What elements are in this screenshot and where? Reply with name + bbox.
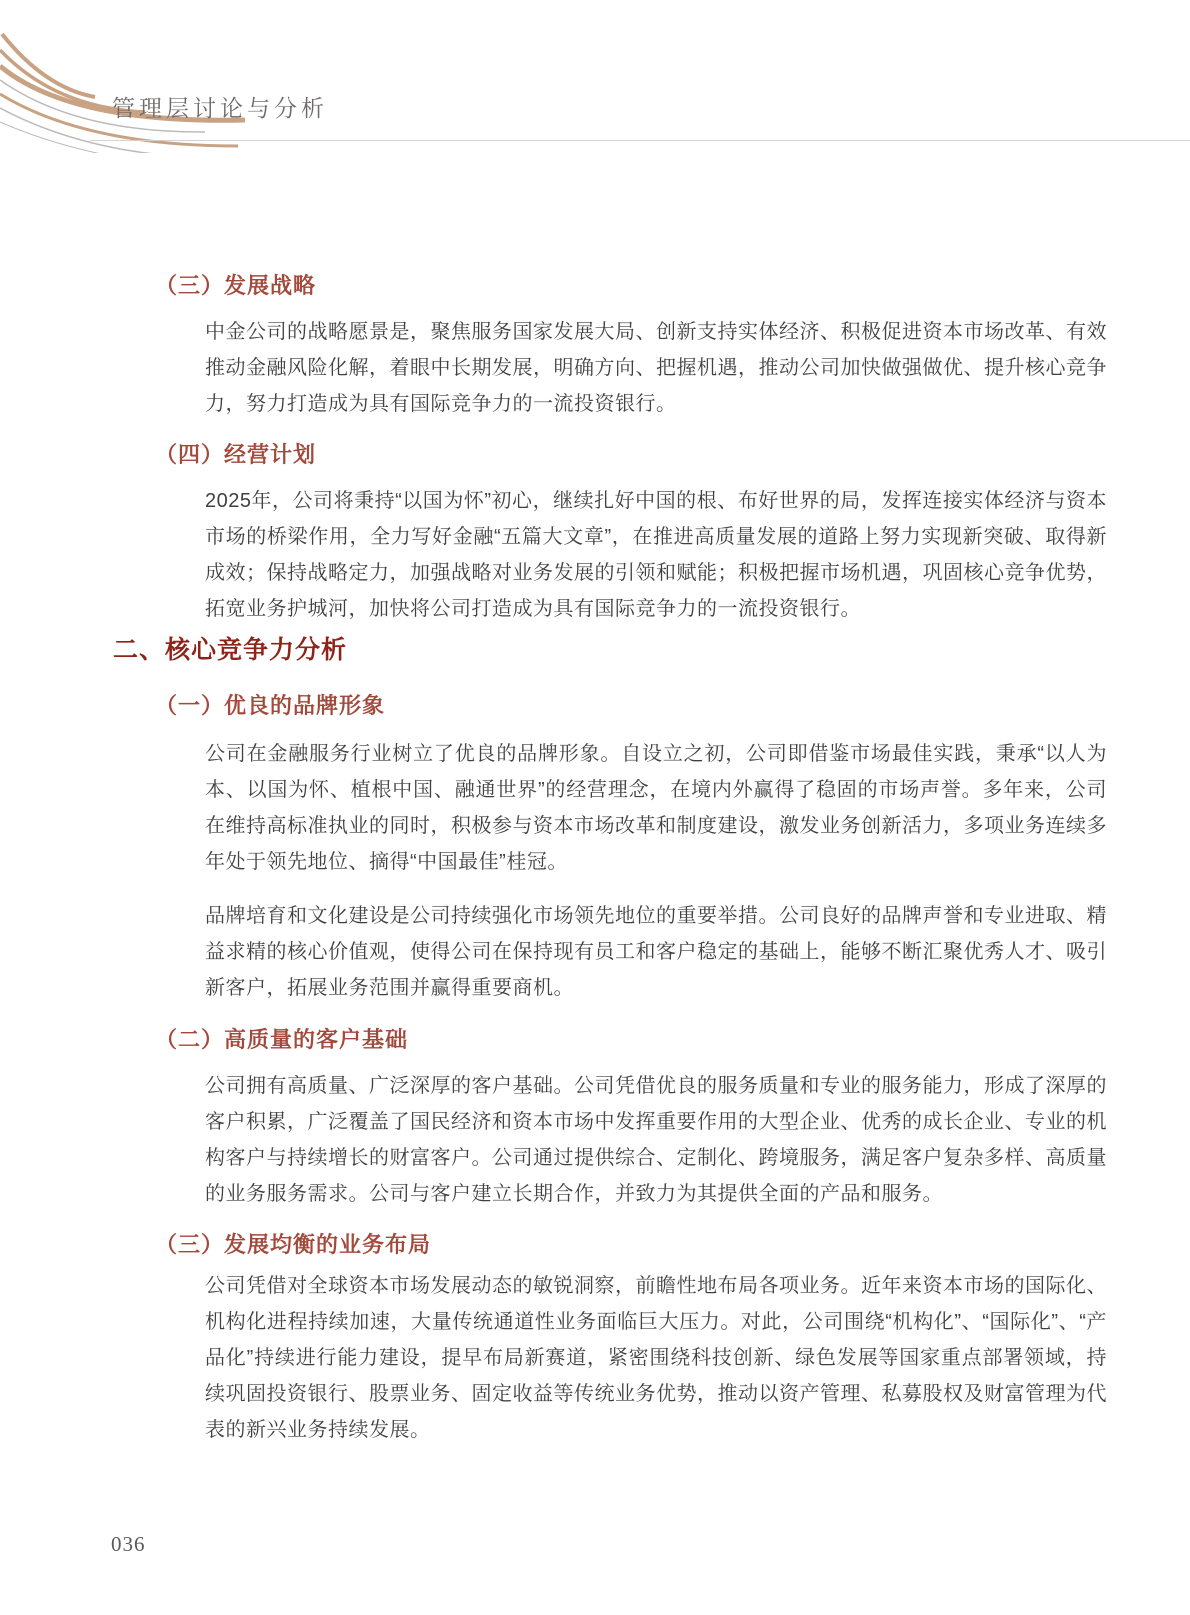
paragraph-brand-image-1: 公司在金融服务行业树立了优良的品牌形象。自设立之初，公司即借鉴市场最佳实践，秉承… [205, 736, 1107, 880]
paragraph-development-strategy: 中金公司的战略愿景是，聚焦服务国家发展大局、创新支持实体经济、积极促进资本市场改… [205, 314, 1107, 422]
section-heading-balanced-business-layout: （三）发展均衡的业务布局 [155, 1228, 431, 1259]
section-heading-client-base: （二）高质量的客户基础 [155, 1023, 408, 1054]
page-number: 036 [111, 1532, 146, 1557]
page-header-title: 管理层讨论与分析 [112, 90, 328, 123]
paragraph-client-base: 公司拥有高质量、广泛深厚的客户基础。公司凭借优良的服务质量和专业的服务能力，形成… [205, 1068, 1107, 1212]
section-heading-development-strategy: （三）发展战略 [155, 269, 316, 300]
section-heading-business-plan: （四）经营计划 [155, 438, 316, 469]
section-heading-brand-image: （一）优良的品牌形象 [155, 689, 385, 720]
chapter-heading-core-competitiveness: 二、核心竞争力分析 [113, 630, 347, 666]
paragraph-brand-image-2: 品牌培育和文化建设是公司持续强化市场领先地位的重要举措。公司良好的品牌声誉和专业… [205, 898, 1107, 1006]
document-page: 管理层讨论与分析 （三）发展战略 中金公司的战略愿景是，聚焦服务国家发展大局、创… [0, 0, 1190, 1615]
paragraph-balanced-business-layout: 公司凭借对全球资本市场发展动态的敏锐洞察，前瞻性地布局各项业务。近年来资本市场的… [205, 1268, 1107, 1448]
header-divider-line [90, 140, 1190, 141]
paragraph-business-plan: 2025年，公司将秉持“以国为怀”初心，继续扎好中国的根、布好世界的局，发挥连接… [205, 483, 1107, 627]
